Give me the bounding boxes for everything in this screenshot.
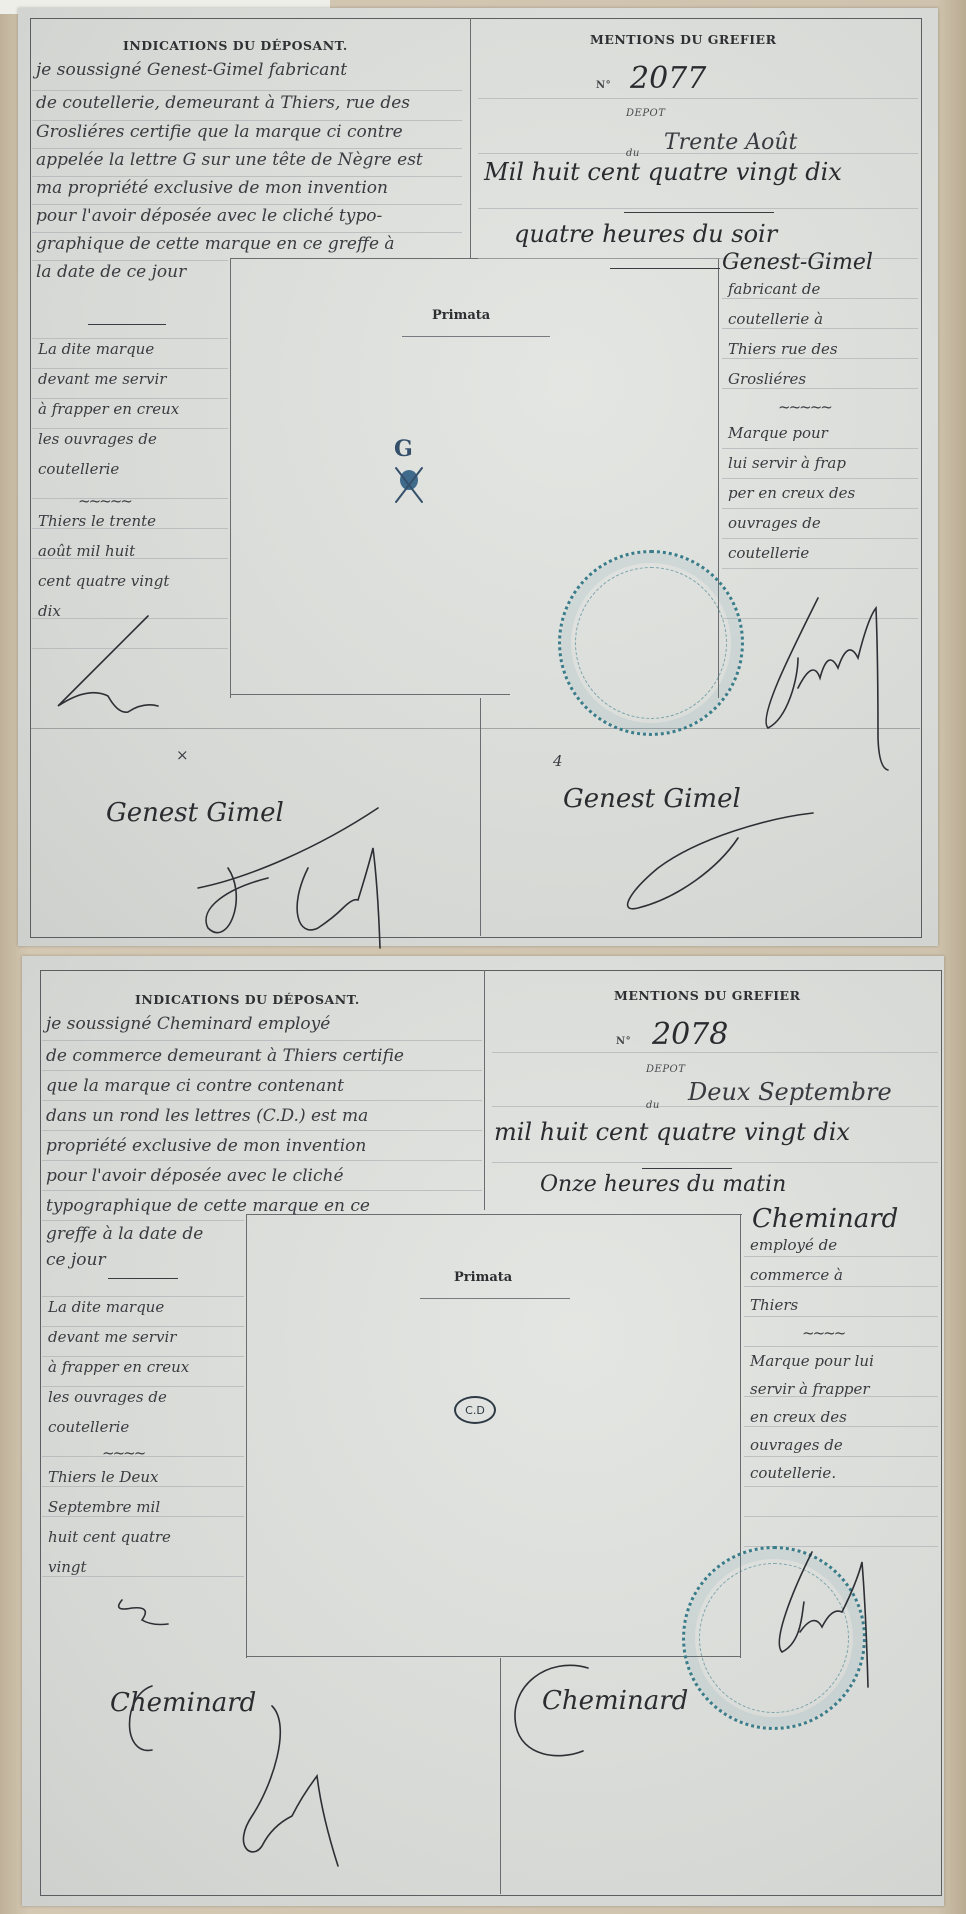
usage-line: devant me servir bbox=[48, 1330, 176, 1345]
usage-line: devant me servir bbox=[38, 372, 166, 387]
cross-mark: 4 bbox=[553, 754, 563, 769]
deposit-time: quatre heures du soir bbox=[514, 222, 777, 246]
clerk-usage-line: ouvrages de bbox=[750, 1438, 843, 1453]
number-label: N° bbox=[616, 1036, 631, 1047]
clerk-desc-line: commerce à bbox=[750, 1268, 843, 1283]
depot-label: DEPOT bbox=[646, 1064, 685, 1075]
negro-head-mark-icon bbox=[394, 466, 424, 506]
declaration-line: de coutellerie, demeurant à Thiers, rue … bbox=[36, 95, 410, 112]
usage-line: coutellerie bbox=[48, 1420, 129, 1435]
flourish: ~~~~ bbox=[102, 1446, 144, 1461]
clerk-usage-line: servir à frapper bbox=[750, 1382, 870, 1397]
deposit-time: Onze heures du matin bbox=[540, 1174, 786, 1196]
clerk-heading: MENTIONS DU GREFIER bbox=[614, 988, 800, 1003]
number-label: N° bbox=[596, 80, 611, 91]
clerk-desc-line: Thiers rue des bbox=[728, 342, 838, 357]
declaration-line: ce jour bbox=[46, 1252, 106, 1269]
trademark-cd-mark: C.D bbox=[454, 1396, 496, 1424]
clerk-usage-line: coutellerie bbox=[728, 546, 809, 561]
flourish: ~~~~ bbox=[802, 1326, 844, 1341]
usage-line: La dite marque bbox=[38, 342, 154, 357]
clerk-desc-line: Thiers bbox=[750, 1298, 798, 1313]
flourish: ~~~~~ bbox=[78, 494, 131, 509]
clerk-usage-line: Marque pour lui bbox=[750, 1354, 874, 1369]
clerk-desc-line: Grosliéres bbox=[728, 372, 806, 387]
declaration-line: de commerce demeurant à Thiers certifie bbox=[46, 1048, 404, 1065]
declaration-line: la date de ce jour bbox=[36, 264, 186, 281]
clerk-signature bbox=[758, 598, 908, 778]
scribble-mark bbox=[112, 1598, 172, 1628]
declaration-line: pour l'avoir déposée avec le cliché bbox=[46, 1168, 344, 1185]
cross-mark: × bbox=[176, 748, 189, 763]
trademark-g-mark: G bbox=[394, 436, 413, 462]
separator bbox=[610, 268, 720, 269]
clerk-usage-line: coutellerie. bbox=[750, 1466, 836, 1481]
deposit-year: mil huit cent quatre vingt dix bbox=[494, 1120, 850, 1144]
column-divider bbox=[230, 258, 231, 698]
declaration-line: appelée la lettre G sur une tête de Nègr… bbox=[36, 152, 423, 169]
declaration-line: que la marque ci contre contenant bbox=[46, 1078, 344, 1095]
primata-underline bbox=[402, 336, 550, 337]
clerk-usage-line: en creux des bbox=[750, 1410, 847, 1425]
depositor-heading: INDICATIONS DU DÉPOSANT. bbox=[123, 38, 348, 53]
register-number: 2078 bbox=[652, 1020, 728, 1050]
clerk-usage-line: Marque pour bbox=[728, 426, 828, 441]
declaration-line: typographique de cette marque en ce bbox=[46, 1198, 370, 1215]
signature-flourish bbox=[168, 808, 388, 958]
signature-flourish bbox=[508, 1656, 628, 1766]
signature-flourish bbox=[102, 1646, 402, 1866]
usage-line: à frapper en creux bbox=[38, 402, 179, 417]
flourish: ~~~~~ bbox=[778, 400, 831, 415]
clerk-usage-line: ouvrages de bbox=[728, 516, 821, 531]
primata-box-bottom bbox=[230, 694, 510, 695]
form-2078: INDICATIONS DU DÉPOSANT. MENTIONS DU GRE… bbox=[22, 956, 944, 1906]
declaration-line: je soussigné Cheminard employé bbox=[46, 1016, 330, 1033]
column-divider bbox=[246, 1214, 247, 1658]
declaration-line: je soussigné Genest-Gimel fabricant bbox=[36, 62, 347, 79]
clerk-desc-line: employé de bbox=[750, 1238, 837, 1253]
primata-label: Primata bbox=[432, 308, 490, 323]
declaration-line: graphique de cette marque en ce greffe à bbox=[36, 236, 395, 253]
deposit-year: Mil huit cent quatre vingt dix bbox=[484, 160, 842, 184]
separator bbox=[88, 324, 166, 325]
declaration-line: Grosliéres certifie que la marque ci con… bbox=[36, 124, 403, 141]
place-date-line: Septembre mil bbox=[48, 1500, 160, 1515]
place-date-line: Thiers le trente bbox=[38, 514, 156, 529]
place-date-line: août mil huit bbox=[38, 544, 135, 559]
separator bbox=[624, 212, 774, 213]
depot-label: DEPOT bbox=[626, 108, 665, 119]
column-divider bbox=[470, 18, 471, 258]
usage-line: les ouvrages de bbox=[48, 1390, 167, 1405]
register-number: 2077 bbox=[630, 64, 706, 94]
separator bbox=[108, 1278, 178, 1279]
scribble-mark bbox=[48, 616, 168, 716]
signature-divider bbox=[480, 698, 481, 936]
usage-line: La dite marque bbox=[48, 1300, 164, 1315]
depositor-heading: INDICATIONS DU DÉPOSANT. bbox=[135, 992, 360, 1007]
clerk-usage-line: lui servir à frap bbox=[728, 456, 846, 471]
clerk-usage-line: per en creux des bbox=[728, 486, 855, 501]
declaration-line: pour l'avoir déposée avec le cliché typo… bbox=[36, 208, 382, 225]
place-date-line: cent quatre vingt bbox=[38, 574, 169, 589]
declaration-line: greffe à la date de bbox=[46, 1226, 203, 1243]
declaration-line: ma propriété exclusive de mon invention bbox=[36, 180, 388, 197]
separator bbox=[642, 1168, 732, 1169]
clerk-desc-line: coutellerie à bbox=[728, 312, 823, 327]
place-date-line: vingt bbox=[48, 1560, 87, 1575]
signature-flourish bbox=[618, 808, 828, 918]
primata-underline bbox=[420, 1298, 570, 1299]
deposit-date: Trente Août bbox=[664, 132, 797, 154]
clerk-depositor-name: Genest-Gimel bbox=[722, 252, 873, 274]
place-date-line: huit cent quatre bbox=[48, 1530, 171, 1545]
declaration-line: dans un rond les lettres (C.D.) est ma bbox=[46, 1108, 368, 1125]
court-stamp bbox=[558, 550, 744, 736]
du-label: du bbox=[646, 1100, 660, 1111]
usage-line: à frapper en creux bbox=[48, 1360, 189, 1375]
column-divider bbox=[484, 970, 485, 1210]
clerk-signature bbox=[762, 1552, 892, 1692]
clerk-heading: MENTIONS DU GREFIER bbox=[590, 32, 776, 47]
primata-label: Primata bbox=[454, 1270, 512, 1285]
clerk-desc-line: fabricant de bbox=[728, 282, 820, 297]
deposit-date: Deux Septembre bbox=[688, 1080, 892, 1104]
form-2077: INDICATIONS DU DÉPOSANT. MENTIONS DU GRE… bbox=[18, 8, 938, 946]
place-date-line: Thiers le Deux bbox=[48, 1470, 158, 1485]
usage-line: coutellerie bbox=[38, 462, 119, 477]
clerk-depositor-name: Cheminard bbox=[752, 1206, 898, 1232]
declaration-line: propriété exclusive de mon invention bbox=[46, 1138, 366, 1155]
usage-line: les ouvrages de bbox=[38, 432, 157, 447]
signature-divider bbox=[500, 1658, 501, 1894]
